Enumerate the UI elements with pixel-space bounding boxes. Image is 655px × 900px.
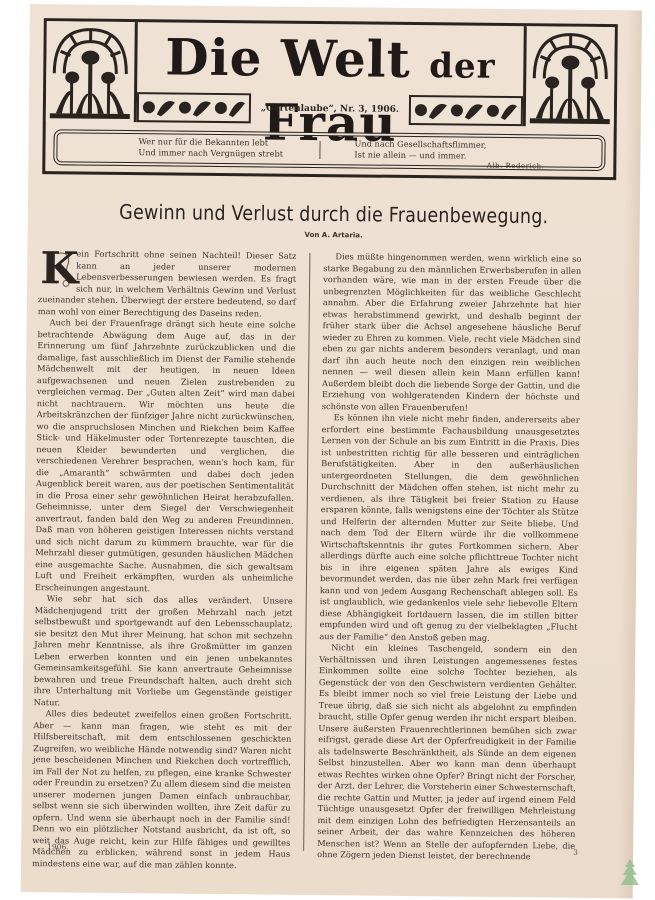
epigraph-line: Ist nie allein — und immer. (354, 149, 486, 161)
dropcap-letter: K (40, 245, 79, 293)
article-byline: Von A. Artaria. (28, 228, 640, 242)
epigraph-box: Wer nur für die Bekannten lebt Und immer… (53, 129, 605, 171)
article-paragraph: Wie sehr hat sich das alles verändert. U… (34, 593, 293, 711)
magazine-page: Die Welt der Frau „Gartenlaube“, Nr. 3, … (21, 4, 642, 898)
footer-year: 1906. (47, 842, 69, 851)
dropcap-initial: K (38, 249, 72, 291)
masthead-title-part1: Die Welt (165, 27, 411, 89)
article-paragraph: K ein Fortschritt ohne seinen Nachteil! … (38, 248, 297, 320)
article-title: Gewinn und Verlust durch die Frauenbeweg… (28, 200, 640, 229)
page-edge-shadow (617, 10, 642, 898)
epigraph-left: Wer nur für die Bekannten lebt Und immer… (138, 136, 283, 160)
column-divider (303, 253, 310, 851)
masthead-title-part2: der (429, 46, 496, 87)
library-stamp-icon (617, 857, 643, 889)
article-paragraph: Nicht ein kleines Taschengeld, sondern e… (317, 642, 577, 863)
epigraph-author: Alb. Roderich. (487, 162, 545, 171)
article-paragraph: Es können ihn viele nicht mehr finden, a… (319, 412, 579, 645)
masthead-title-area: Die Welt der Frau „Gartenlaube“, Nr. 3, … (137, 22, 524, 126)
epigraph-divider (319, 141, 320, 159)
article-paragraph: Auch bei der Frauenfrage drängt sich heu… (35, 317, 296, 596)
epigraph-line: Und immer nach Vergnügen strebt (138, 147, 283, 160)
epigraph-right: Und nach Gesellschaftsflimmer, Ist nie a… (354, 138, 486, 161)
floral-ornament-right-icon (523, 26, 615, 127)
article-column-left: K ein Fortschritt ohne seinen Nachteil! … (32, 248, 296, 872)
article-paragraph: Dies müßte hingenommen werden, wenn wirk… (322, 251, 582, 415)
masthead-frame: Die Welt der Frau „Gartenlaube“, Nr. 3, … (42, 18, 618, 180)
article-column-right: Dies müßte hingenommen werden, wenn wirk… (317, 251, 581, 863)
floral-ornament-left-icon (46, 21, 138, 122)
page-number: 3 (573, 848, 578, 857)
article-paragraph: Alles dies bedeutet zweifellos einen gro… (32, 708, 292, 872)
